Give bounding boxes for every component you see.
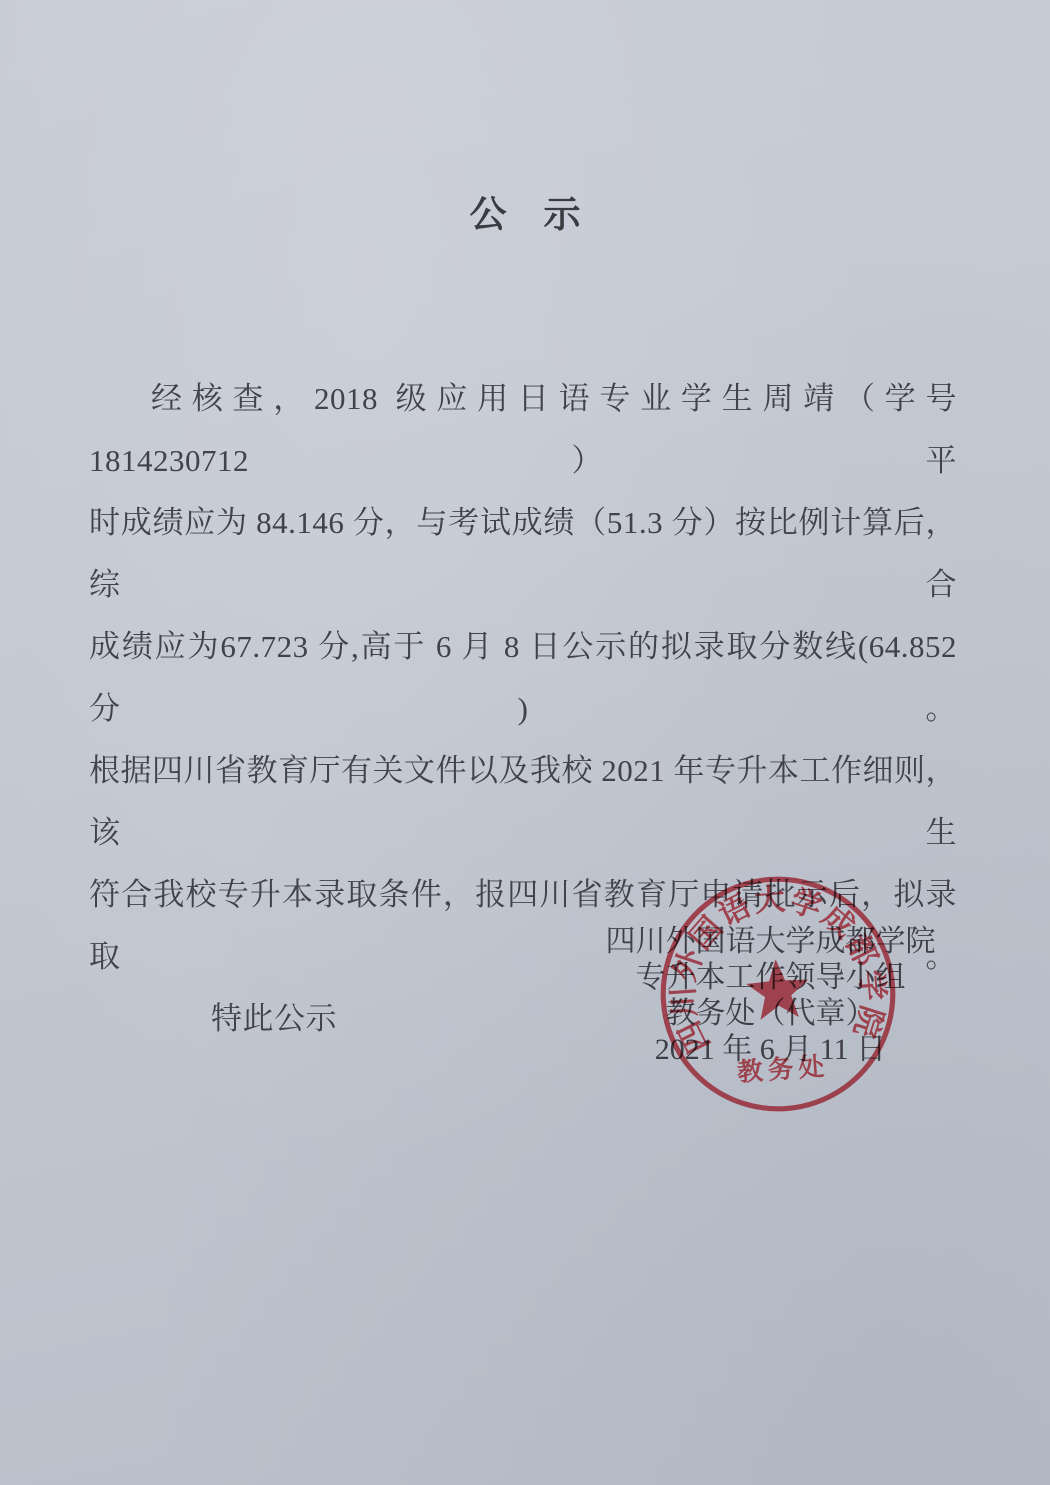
official-seal-stamp: 四川外国语大学成都学院 教务处 <box>647 863 910 1126</box>
body-line-2: 时成绩应为 84.146 分，与考试成绩（51.3 分）按比例计算后，综合 <box>89 492 957 616</box>
body-line-4: 根据四川省教育厅有关文件以及我校 2021 年专升本工作细则，该生 <box>89 740 957 864</box>
body-line-1: 经核查，2018 级应用日语专业学生周靖（学号 1814230712）平 <box>89 368 957 492</box>
seal-bottom-text: 教务处 <box>736 1051 830 1087</box>
body-line-3: 成绩应为67.723 分,高于 6 月 8 日公示的拟录取分数线(64.852 … <box>89 616 957 740</box>
notice-title: 公 示 <box>0 184 1050 238</box>
document-page: 公 示 经核查，2018 级应用日语专业学生周靖（学号 1814230712）平… <box>0 0 1050 1485</box>
star-icon <box>744 957 810 1021</box>
